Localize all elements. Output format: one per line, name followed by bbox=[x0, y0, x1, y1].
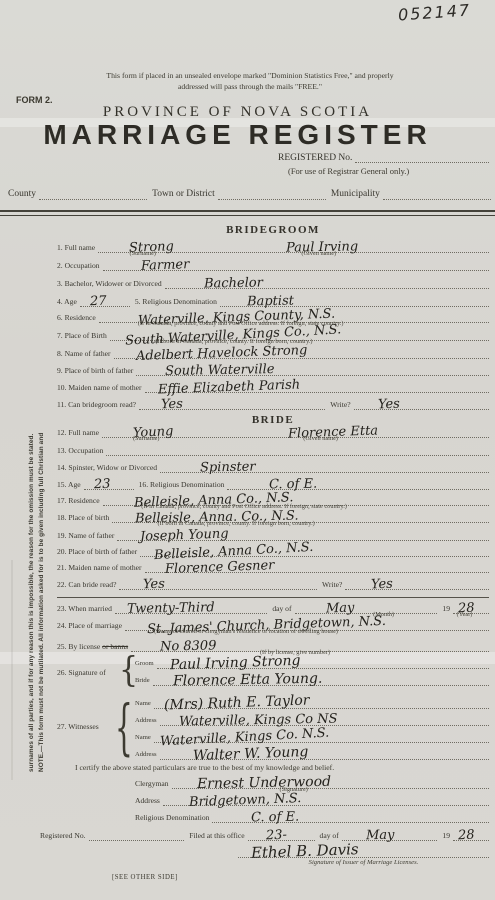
field-status-groom: 3. Bachelor, Widower or Divorced Bachelo… bbox=[57, 276, 489, 289]
can-read-label: 22. Can bride read? bbox=[57, 581, 116, 590]
can-write-label: Write? bbox=[322, 581, 342, 590]
county-label: County bbox=[8, 190, 36, 201]
age-value: 27 bbox=[90, 294, 107, 310]
clergyman-address-field: Bridgetown, N.S. bbox=[163, 792, 489, 806]
filed-year-value: 28 bbox=[458, 828, 475, 844]
divider bbox=[57, 597, 489, 598]
day-of-label: day of bbox=[272, 605, 291, 614]
bride-signature-row: Bride Florence Etta Young. bbox=[135, 673, 489, 686]
age-label: 15. Age bbox=[57, 481, 81, 490]
license-value: No 8309 bbox=[160, 639, 217, 655]
father-value: Joseph Young bbox=[139, 526, 228, 544]
witness2-address-value: Walter W. Young bbox=[192, 744, 308, 764]
father-field: Joseph Young bbox=[117, 527, 489, 541]
scan-crease bbox=[11, 560, 13, 780]
witness2-name-field: Waterville, Kings Co. N.S. bbox=[154, 729, 489, 743]
month-field: May (Month) bbox=[295, 600, 438, 614]
age-field: 23 bbox=[84, 476, 134, 490]
can-read-field: Yes bbox=[119, 576, 317, 590]
religion-label: 5. Religious Denomination bbox=[135, 298, 217, 307]
field-read-write-groom: 11. Can bridegroom read? Yes Write? Yes bbox=[57, 397, 489, 410]
groom-signature-row: Groom Paul Irving Strong bbox=[135, 656, 489, 669]
registered-no-label: REGISTERED No. bbox=[278, 153, 352, 163]
occupation-label: 2. Occupation bbox=[57, 262, 100, 271]
field-occupation-bride: 13. Occupation bbox=[57, 443, 489, 456]
residence-field: Belleisle, Anna Co., N.S. (If in Canada,… bbox=[103, 492, 489, 506]
birthplace-field: South Waterville, Kings Co., N.S. (If bo… bbox=[110, 327, 489, 341]
address-label: Address bbox=[135, 752, 157, 760]
father-value: Adelbert Havelock Strong bbox=[136, 343, 308, 364]
field-occupation-groom: 2. Occupation Farmer bbox=[57, 258, 489, 271]
birthplace-label: 7. Place of Birth bbox=[57, 332, 107, 341]
status-field: Bachelor bbox=[165, 275, 489, 289]
place-of-marriage-hint: (Name of church or clergyman's residence… bbox=[154, 629, 338, 635]
field-mother-bride: 21. Maiden name of mother Florence Gesne… bbox=[57, 560, 489, 573]
when-day-value: Twenty-Third bbox=[127, 600, 215, 617]
mother-field: Florence Gesner bbox=[145, 559, 489, 573]
field-read-write-bride: 22. Can bride read? Yes Write? Yes bbox=[57, 577, 489, 590]
field-full-name-groom: 1. Full name Strong Paul Irving (Surname… bbox=[57, 240, 489, 253]
document-number: 052147 bbox=[397, 0, 471, 24]
full-name-label: 1. Full name bbox=[57, 244, 95, 253]
clergyman-religion-field: C. of E. bbox=[212, 809, 489, 823]
witness1-address-field: Waterville, Kings Co NS bbox=[160, 712, 489, 726]
groom-signature-field: Paul Irving Strong bbox=[157, 655, 489, 669]
brace: { bbox=[115, 698, 133, 758]
can-write-label: Write? bbox=[330, 401, 350, 410]
status-field: Spinster bbox=[160, 459, 489, 473]
status-label: 3. Bachelor, Widower or Divorced bbox=[57, 280, 162, 289]
field-father-birthplace-bride: 20. Place of birth of father Belleisle, … bbox=[57, 544, 489, 557]
religion-label: 16. Religious Denomination bbox=[139, 481, 225, 490]
issuer-signature-field: Ethel B. Davis bbox=[238, 844, 489, 858]
can-write-value: Yes bbox=[371, 577, 393, 593]
filed-label: Filed at this office bbox=[189, 832, 244, 841]
bride-signature-field: Florence Etta Young. bbox=[153, 672, 489, 686]
field-when-married: 23. When married Twenty-Third day of May… bbox=[57, 601, 489, 614]
address-label: Address bbox=[135, 797, 160, 806]
birthplace-field: Belleisle, Anna. Co., N.S. (If born in C… bbox=[112, 509, 489, 523]
place-of-marriage-field: St. James' Church, Bridgetown, N.S. (Nam… bbox=[125, 617, 489, 631]
field-status-bride: 14. Spinster, Widow or Divorced Spinster bbox=[57, 460, 489, 473]
groom-signature-value: Paul Irving Strong bbox=[170, 653, 301, 674]
day-of-label: day of bbox=[320, 832, 339, 841]
occupation-field bbox=[106, 442, 489, 456]
status-label: 14. Spinster, Widow or Divorced bbox=[57, 464, 157, 473]
year-field: 28 (Year) bbox=[453, 600, 489, 614]
field-mother-groom: 10. Maiden name of mother Effie Elizabet… bbox=[57, 380, 489, 393]
registered-no-row: REGISTERED No. bbox=[278, 150, 489, 163]
signatures-group: 26. Signature of { Groom Paul Irving Str… bbox=[57, 656, 489, 694]
father-birthplace-field: Belleisle, Anna Co., N.S. bbox=[140, 543, 489, 557]
witness1-name-field: (Mrs) Ruth E. Taylor bbox=[154, 695, 489, 709]
full-name-field: Strong Paul Irving (Surname) (Given name… bbox=[98, 239, 489, 253]
father-label: 8. Name of father bbox=[57, 350, 111, 359]
witness1-name-value: (Mrs) Ruth E. Taylor bbox=[164, 692, 310, 713]
filed-day-field: 23- bbox=[248, 827, 315, 841]
mail-notice-line2: addressed will pass through the mails "F… bbox=[40, 81, 460, 92]
field-birthplace-groom: 7. Place of Birth South Waterville, King… bbox=[57, 328, 489, 341]
status-value: Bachelor bbox=[203, 275, 262, 291]
municipality-field bbox=[383, 186, 491, 200]
margin-note-line2: surnames of all parties, and if for any … bbox=[28, 434, 35, 772]
religion-value: Baptist bbox=[247, 294, 294, 310]
clergyman-address-row: Address Bridgetown, N.S. bbox=[135, 793, 489, 806]
when-day-field: Twenty-Third bbox=[115, 600, 267, 614]
filed-month-value: May bbox=[366, 828, 395, 843]
page-title: MARRIAGE REGISTER bbox=[0, 119, 475, 151]
can-write-field: Yes bbox=[354, 396, 489, 410]
year-prefix: 19 bbox=[442, 832, 450, 841]
full-name-label: 12. Full name bbox=[57, 429, 99, 438]
witness2-name-row: Name Waterville, Kings Co. N.S. bbox=[135, 730, 489, 743]
when-married-label: 23. When married bbox=[57, 605, 112, 614]
witness2-address-row: Address Walter W. Young bbox=[135, 747, 489, 760]
witnesses-group: 27. Witnesses { Name (Mrs) Ruth E. Taylo… bbox=[57, 696, 489, 760]
filing-row: Registered No. Filed at this office 23- … bbox=[40, 828, 489, 841]
can-read-value: Yes bbox=[161, 397, 183, 412]
can-write-value: Yes bbox=[378, 397, 400, 413]
mail-notice: This form if placed in an unsealed envel… bbox=[40, 70, 460, 92]
full-name-field: Young Florence Etta (Surname) (Given nam… bbox=[102, 424, 489, 438]
clergyman-religion-row: Religious Denomination C. of E. bbox=[135, 810, 489, 823]
field-age-religion-groom: 4. Age 27 5. Religious Denomination Bapt… bbox=[57, 294, 489, 307]
field-father-groom: 8. Name of father Adelbert Havelock Stro… bbox=[57, 346, 489, 359]
age-label: 4. Age bbox=[57, 298, 77, 307]
witness1-address-row: Address Waterville, Kings Co NS bbox=[135, 713, 489, 726]
witness-rows: Name (Mrs) Ruth E. Taylor Address Waterv… bbox=[135, 696, 489, 760]
field-age-religion-bride: 15. Age 23 16. Religious Denomination C.… bbox=[57, 477, 489, 490]
signature-rows: Groom Paul Irving Strong Bride Florence … bbox=[135, 656, 489, 686]
father-birthplace-label: 9. Place of birth of father bbox=[57, 367, 133, 376]
filed-month-field: May bbox=[342, 827, 438, 841]
license-label-text: 25. By license bbox=[57, 642, 100, 651]
signature-of-label: 26. Signature of bbox=[57, 668, 106, 677]
occupation-label: 13. Occupation bbox=[57, 447, 103, 456]
divider bbox=[0, 210, 495, 216]
religion-label: Religious Denomination bbox=[135, 814, 209, 823]
age-field: 27 bbox=[80, 293, 130, 307]
religion-field: C. of E. bbox=[227, 476, 489, 490]
father-birthplace-value: South Waterville bbox=[164, 362, 274, 379]
year-prefix: 19 bbox=[442, 605, 450, 614]
registrar-only-note: (For use of Registrar General only.) bbox=[288, 166, 409, 176]
issuer-signature-value: Ethel B. Davis bbox=[250, 840, 358, 862]
can-read-label: 11. Can bridegroom read? bbox=[57, 401, 136, 410]
clergyman-address-value: Bridgetown, N.S. bbox=[189, 791, 302, 810]
county-row: County Town or District Municipality bbox=[8, 186, 491, 200]
witness1-name-row: Name (Mrs) Ruth E. Taylor bbox=[135, 696, 489, 709]
town-field bbox=[218, 186, 326, 200]
father-birthplace-field: South Waterville bbox=[136, 362, 489, 376]
mother-label: 10. Maiden name of mother bbox=[57, 384, 142, 393]
field-birthplace-bride: 18. Place of birth Belleisle, Anna. Co.,… bbox=[57, 510, 489, 523]
bridegroom-heading: BRIDEGROOM bbox=[57, 224, 489, 236]
field-place-of-marriage: 24. Place of marriage St. James' Church,… bbox=[57, 618, 489, 631]
mother-value: Florence Gesner bbox=[165, 558, 275, 577]
license-label: 25. By license or banns bbox=[57, 643, 128, 652]
field-father-birthplace-groom: 9. Place of birth of father South Waterv… bbox=[57, 363, 489, 376]
witness2-address-field: Walter W. Young bbox=[160, 746, 489, 760]
name-label: Name bbox=[135, 735, 151, 743]
groom-label: Groom bbox=[135, 661, 154, 669]
municipality-label: Municipality bbox=[331, 190, 380, 201]
father-field: Adelbert Havelock Strong bbox=[114, 345, 489, 359]
place-of-marriage-label: 24. Place of marriage bbox=[57, 622, 122, 631]
bride-signature-value: Florence Etta Young. bbox=[173, 671, 323, 690]
clergyman-religion-value: C. of E. bbox=[251, 810, 299, 826]
license-field: No 8309 (If by license, give number) bbox=[131, 638, 489, 652]
birthplace-label: 18. Place of birth bbox=[57, 514, 109, 523]
field-full-name-bride: 12. Full name Young Florence Etta (Surna… bbox=[57, 425, 489, 438]
town-label: Town or District bbox=[152, 190, 215, 201]
clergyman-label: Clergyman bbox=[135, 780, 169, 789]
father-birthplace-label: 20. Place of birth of father bbox=[57, 548, 137, 557]
status-value: Spinster bbox=[199, 460, 255, 476]
field-father-bride: 19. Name of father Joseph Young bbox=[57, 528, 489, 541]
see-other-side-note: [SEE OTHER SIDE] bbox=[112, 874, 178, 881]
religion-field: Baptist bbox=[220, 293, 489, 307]
mother-label: 21. Maiden name of mother bbox=[57, 564, 142, 573]
clergyman-signature-field: Ernest Underwood (Signature) bbox=[172, 775, 489, 789]
residence-label: 17. Residence bbox=[57, 497, 100, 506]
can-read-field: Yes bbox=[139, 396, 325, 410]
occupation-value: Farmer bbox=[141, 257, 190, 274]
registered-no-field bbox=[355, 149, 489, 163]
issuer-signature-block: Ethel B. Davis Signature of Issuer of Ma… bbox=[238, 844, 489, 866]
bride-label: Bride bbox=[135, 678, 150, 686]
marriage-register-form: 052147 This form if placed in an unseale… bbox=[0, 0, 495, 900]
filed-year-field: 28 bbox=[453, 827, 489, 841]
margin-note-line1: NOTE.—This form must not be mutilated. A… bbox=[38, 433, 45, 772]
registered-no-field bbox=[89, 827, 185, 841]
residence-label: 6. Residence bbox=[57, 314, 96, 323]
field-residence-groom: 6. Residence Waterville, Kings County, N… bbox=[57, 310, 489, 323]
certify-statement: I certify the above stated particulars a… bbox=[75, 763, 334, 772]
mother-value: Effie Elizabeth Parish bbox=[158, 378, 301, 398]
father-label: 19. Name of father bbox=[57, 532, 114, 541]
field-residence-bride: 17. Residence Belleisle, Anna Co., N.S. … bbox=[57, 493, 489, 506]
mail-notice-line1: This form if placed in an unsealed envel… bbox=[40, 70, 460, 81]
occupation-field: Farmer bbox=[103, 257, 489, 271]
filed-day-value: 23- bbox=[266, 828, 287, 844]
county-field bbox=[39, 186, 147, 200]
can-read-value: Yes bbox=[143, 577, 165, 592]
residence-field: Waterville, Kings County, N.S. (If in Ca… bbox=[99, 309, 489, 323]
can-write-field: Yes bbox=[345, 576, 489, 590]
witnesses-label: 27. Witnesses bbox=[57, 722, 99, 731]
clergyman-row: Clergyman Ernest Underwood (Signature) bbox=[135, 776, 489, 789]
clergyman-signature-value: Ernest Underwood bbox=[197, 774, 331, 792]
address-label: Address bbox=[135, 718, 157, 726]
mother-field: Effie Elizabeth Parish bbox=[145, 379, 489, 393]
registered-no-label: Registered No. bbox=[40, 832, 86, 841]
name-label: Name bbox=[135, 701, 151, 709]
age-value: 23 bbox=[93, 477, 110, 493]
